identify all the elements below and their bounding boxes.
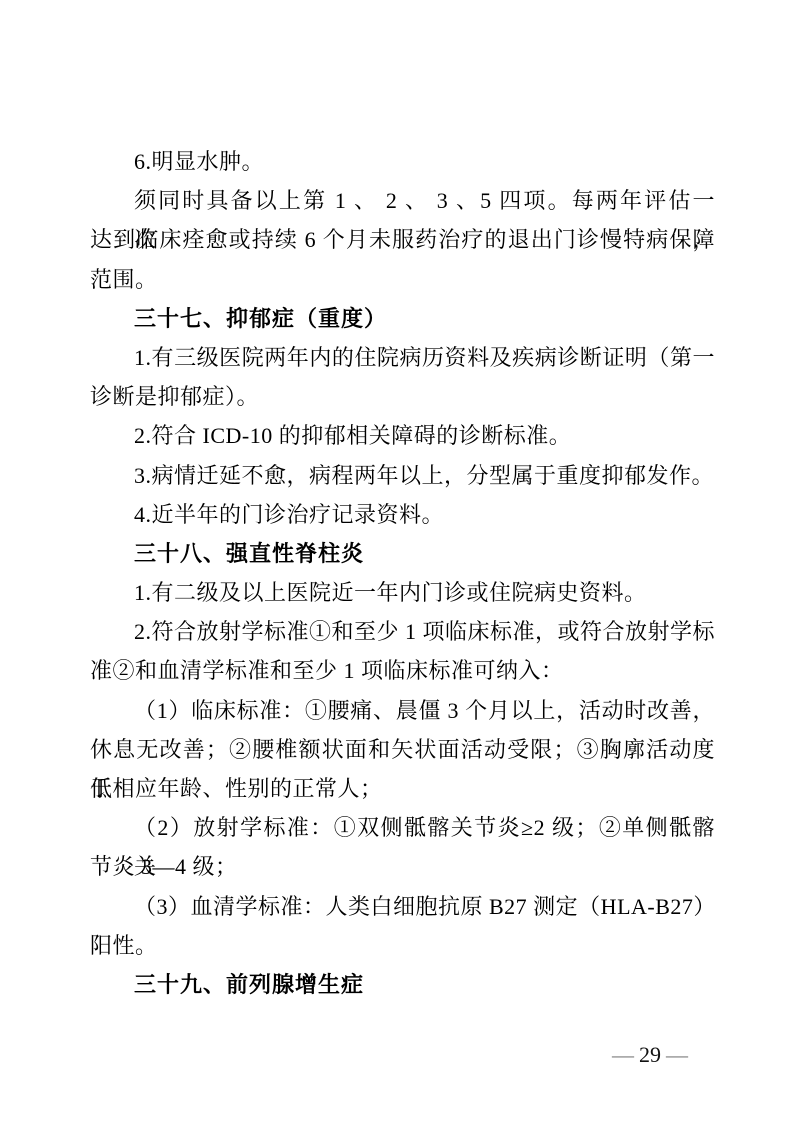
text-line: 1.有三级医院两年内的住院病历资料及疾病诊断证明（第一 xyxy=(90,338,715,377)
text-line: 节炎 3—4 级； xyxy=(90,847,715,886)
text-line: 2.符合 ICD-10 的抑郁相关障碍的诊断标准。 xyxy=(90,416,715,455)
text-line: （1）临床标准：①腰痛、晨僵 3 个月以上，活动时改善， xyxy=(90,691,715,730)
page-number: 29 xyxy=(639,1042,661,1067)
text-line: 3.病情迁延不愈，病程两年以上，分型属于重度抑郁发作。 xyxy=(90,456,715,495)
text-line: 达到临床痊愈或持续 6 个月未服药治疗的退出门诊慢特病保障 xyxy=(90,220,715,259)
text-line: 2.符合放射学标准①和至少 1 项临床标准，或符合放射学标 xyxy=(90,612,715,651)
text-line: 阳性。 xyxy=(90,926,715,965)
text-line: （2）放射学标准：①双侧骶髂关节炎≥2 级；②单侧骶髂关 xyxy=(90,808,715,847)
footer-dash-left: — xyxy=(607,1042,639,1067)
document-page: 6.明显水肿。须同时具备以上第 1 、 2 、 3 、5 四项。每两年评估一次，… xyxy=(0,0,793,1122)
text-line: 1.有二级及以上医院近一年内门诊或住院病史资料。 xyxy=(90,573,715,612)
section-heading: 三十七、抑郁症（重度） xyxy=(90,299,715,338)
document-content: 6.明显水肿。须同时具备以上第 1 、 2 、 3 、5 四项。每两年评估一次，… xyxy=(90,142,715,1004)
text-line: 于相应年龄、性别的正常人； xyxy=(90,769,715,808)
text-line: 准②和血清学标准和至少 1 项临床标准可纳入： xyxy=(90,651,715,690)
text-line: 休息无改善；②腰椎额状面和矢状面活动受限；③胸廓活动度低 xyxy=(90,730,715,769)
text-line: 6.明显水肿。 xyxy=(90,142,715,181)
text-line: 须同时具备以上第 1 、 2 、 3 、5 四项。每两年评估一次， xyxy=(90,181,715,220)
text-line: 范围。 xyxy=(90,260,715,299)
text-line: 4.近半年的门诊治疗记录资料。 xyxy=(90,495,715,534)
text-line: （3）血清学标准：人类白细胞抗原 B27 测定（HLA-B27） xyxy=(90,887,715,926)
section-heading: 三十八、强直性脊柱炎 xyxy=(90,534,715,573)
section-heading: 三十九、前列腺增生症 xyxy=(90,965,715,1004)
footer-dash-right: — xyxy=(661,1042,693,1067)
page-footer: —29— xyxy=(607,1040,693,1070)
text-line: 诊断是抑郁症）。 xyxy=(90,377,715,416)
